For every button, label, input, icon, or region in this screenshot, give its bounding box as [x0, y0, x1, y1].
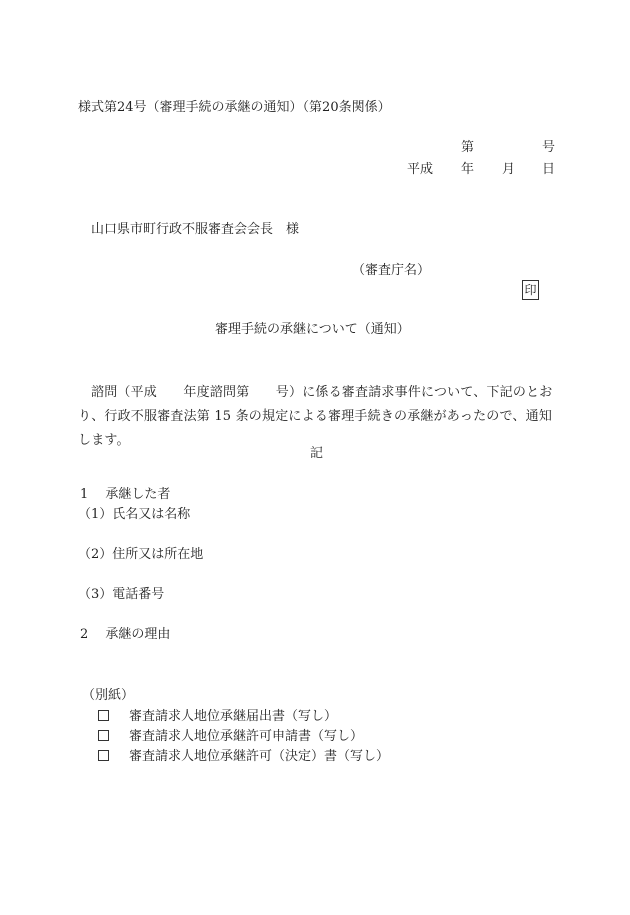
date-month: 月 [502, 162, 515, 178]
seal-mark: 印 [522, 280, 539, 300]
document-title: 審理手続の承継について（通知） [215, 322, 410, 338]
attachment-item: 審査請求人地位承継許可（決定）書（写し） [98, 749, 389, 765]
attachment-label: （別紙） [82, 688, 134, 704]
date-day: 日 [542, 162, 555, 178]
item-2-reason: 2 承継の理由 [80, 627, 170, 643]
date-year: 年 [461, 162, 474, 178]
form-label: 様式第24号（審理手続の承継の通知）（第20条関係） [78, 100, 391, 116]
checkbox-icon [98, 750, 109, 761]
doc-number-prefix: 第 [461, 140, 474, 156]
doc-number-suffix: 号 [542, 140, 555, 156]
attachment-item: 審査請求人地位承継許可申請書（写し） [98, 729, 363, 745]
item-1-2-address: （2）住所又は所在地 [78, 547, 203, 563]
item-1-3-phone: （3）電話番号 [78, 587, 164, 603]
item-1-successor: 1 承継した者 [80, 487, 170, 503]
ki-heading: 記 [310, 446, 323, 462]
attachment-item: 審査請求人地位承継届出書（写し） [98, 709, 337, 725]
sender-name: （審査庁名） [352, 263, 430, 279]
checkbox-icon [98, 730, 109, 741]
addressee: 山口県市町行政不服審査会会長 様 [91, 222, 299, 238]
body-paragraph: 諮問（平成 年度諮問第 号）に係る審査請求事件について、下記のとおり、行政不服審… [78, 381, 558, 453]
item-1-1-name: （1）氏名又は名称 [78, 507, 190, 523]
date-era: 平成 [407, 162, 433, 178]
checkbox-icon [98, 710, 109, 721]
